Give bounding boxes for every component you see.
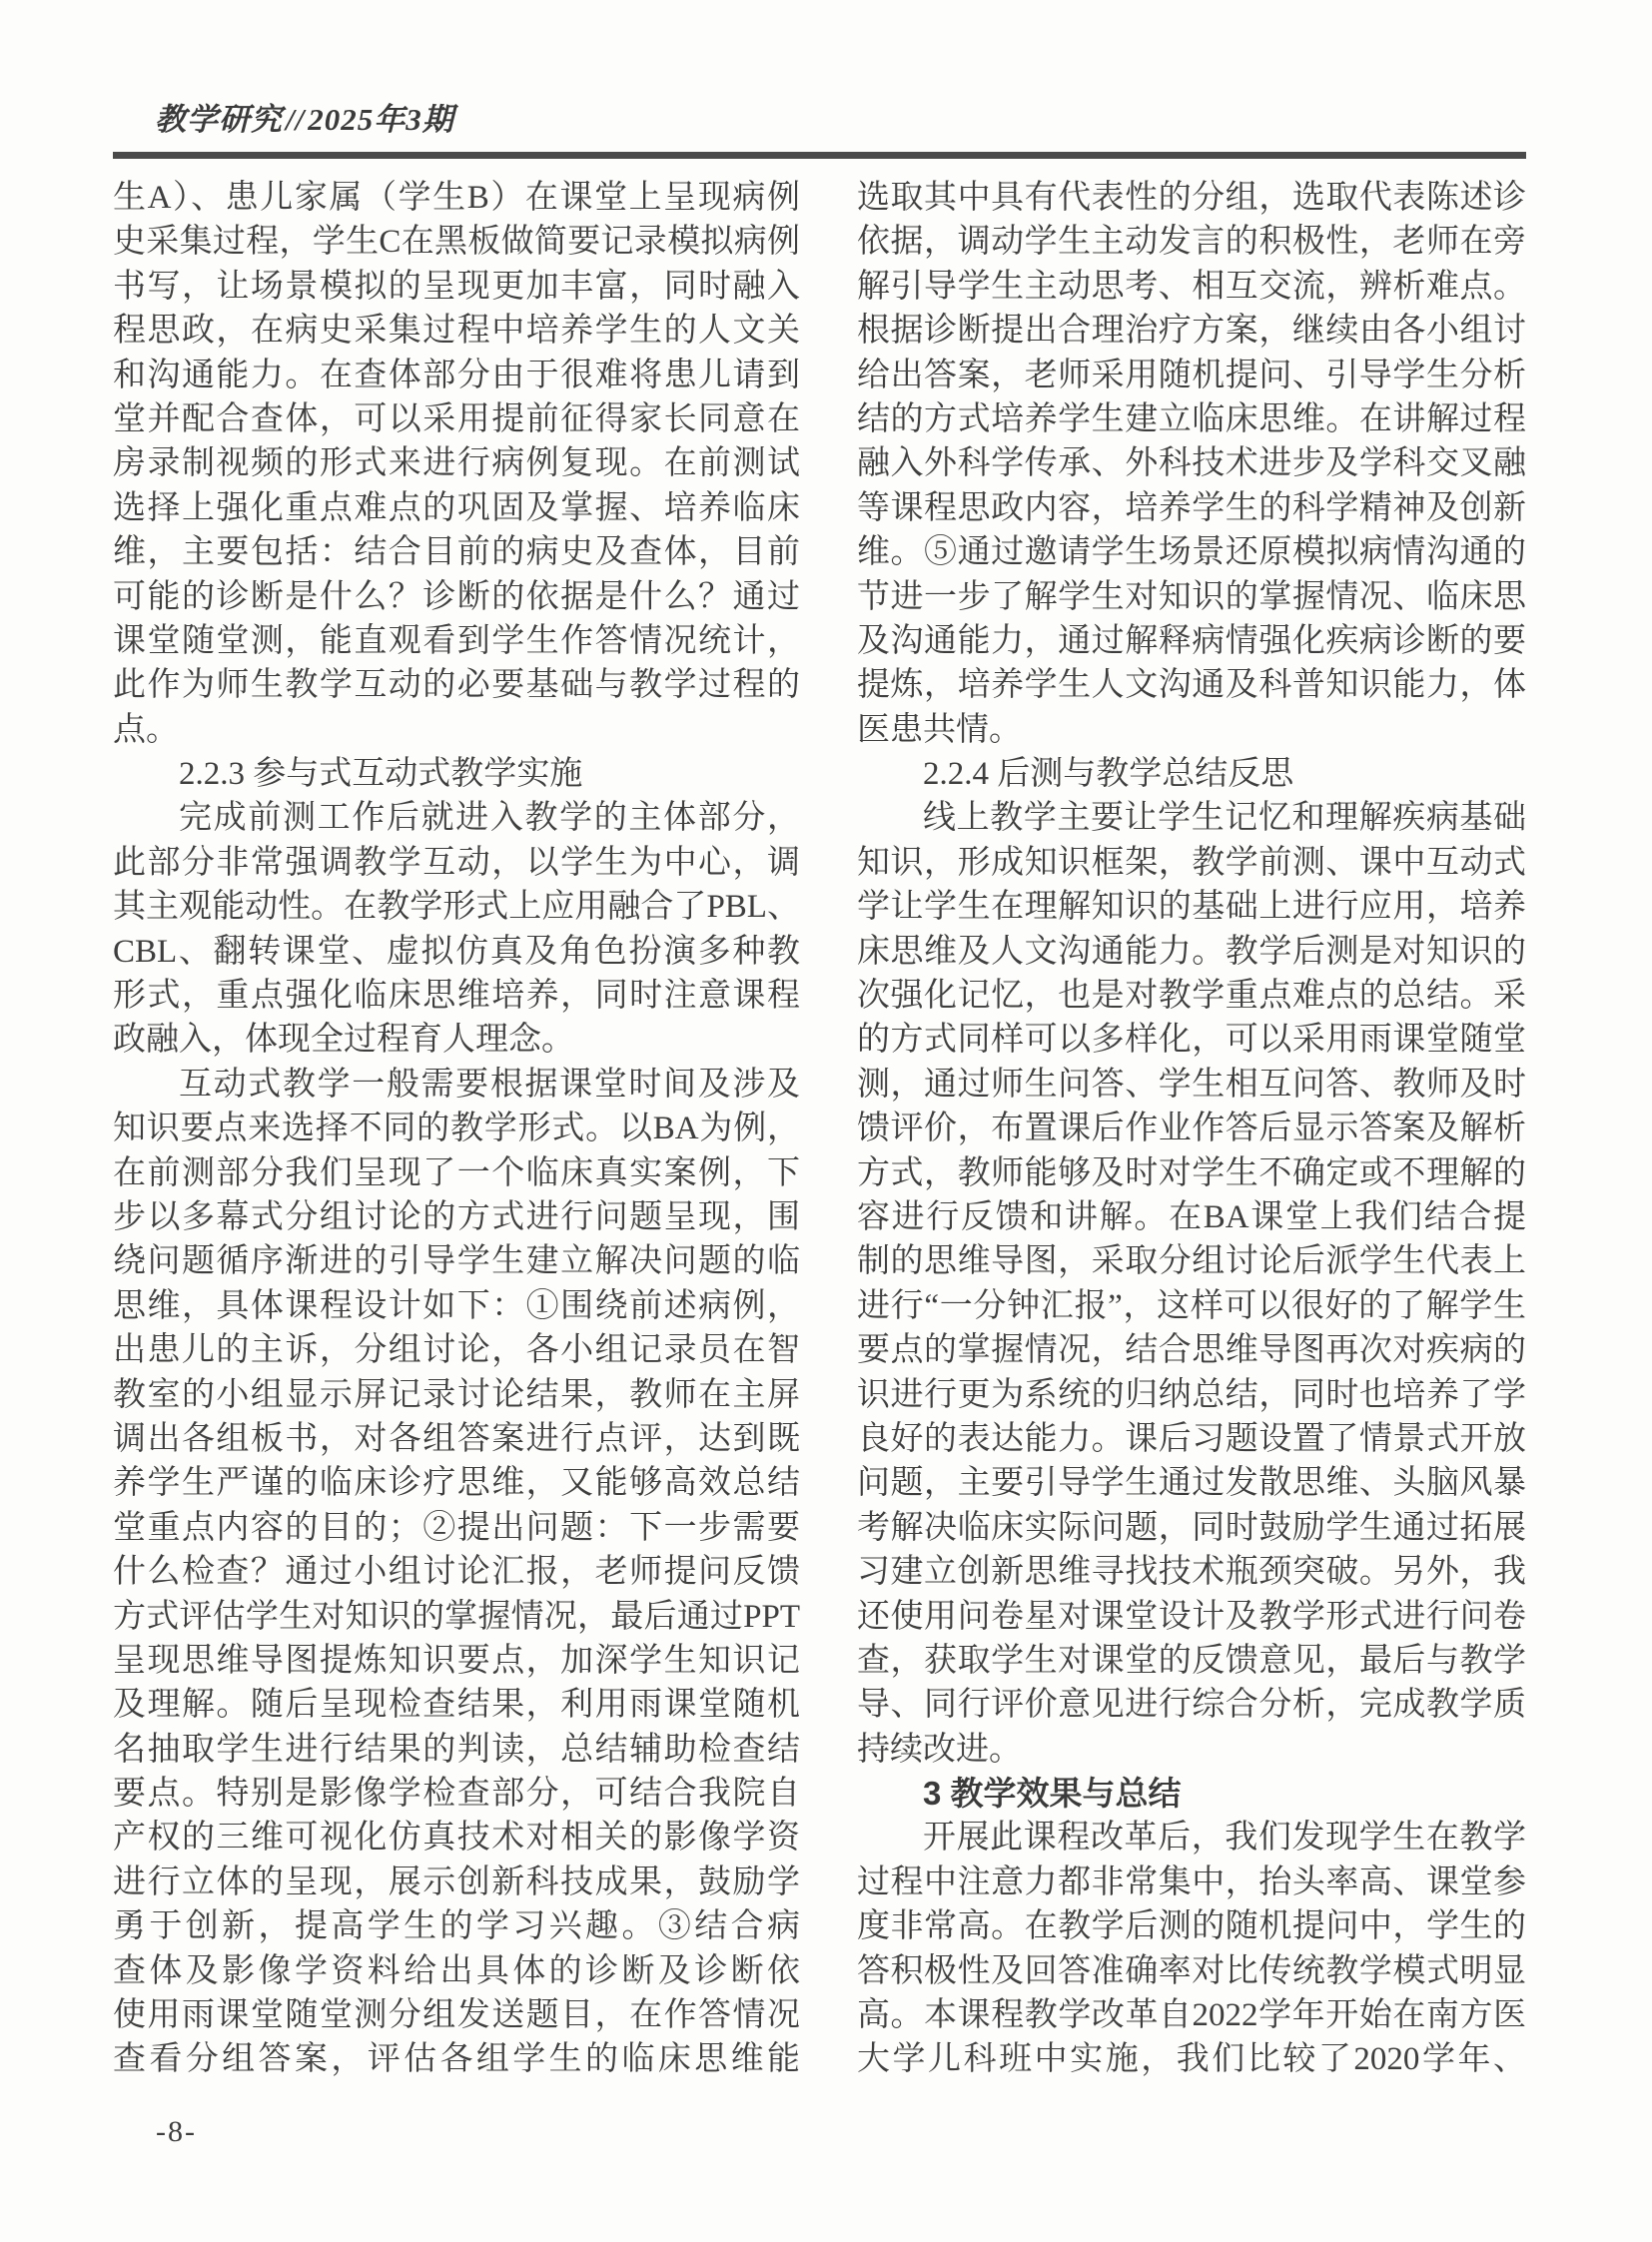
text-line: 馈评价，布置课后作业作答后显示答案及解析等: [857, 1107, 1526, 1150]
text-line: 教室的小组显示屏记录讨论结果，教师在主屏幕: [113, 1373, 800, 1417]
text-line: 提炼，培养学生人文沟通及科普知识能力，体会: [857, 663, 1526, 707]
text-line: 选择上强化重点难点的巩固及掌握、培养临床思: [113, 486, 800, 530]
paragraph: 选取其中具有代表性的分组，选取代表陈述诊断依据，调动学生主动发言的积极性，老师在…: [857, 176, 1526, 752]
text-line: 良好的表达能力。课后习题设置了情景式开放性: [857, 1417, 1526, 1461]
text-line: 大学儿科班中实施，我们比较了2020学年、2021: [857, 2037, 1526, 2081]
header-rule: [113, 152, 1526, 159]
heading-line: 3 教学效果与总结: [857, 1772, 1526, 1816]
text-line: 史采集过程，学生C在黑板做简要记录模拟病例: [113, 220, 800, 264]
text-line: 问题，主要引导学生通过发散思维、头脑风暴思: [857, 1461, 1526, 1505]
text-line: 医患共情。: [857, 708, 1526, 752]
text-line: 养学生严谨的临床诊疗思维，又能够高效总结课: [113, 1461, 800, 1505]
text-line: 程思政，在病史采集过程中培养学生的人文关怀: [113, 309, 800, 353]
page-number: -8-: [156, 2115, 197, 2148]
text-line: 完成前测工作后就进入教学的主体部分，: [113, 796, 800, 840]
text-line: 结的方式培养学生建立临床思维。在讲解过程中: [857, 397, 1526, 441]
text-line: 生A）、患儿家属（学生B）在课堂上呈现病例病: [113, 176, 800, 220]
text-line: 绕问题循序渐进的引导学生建立解决问题的临床: [113, 1239, 800, 1283]
text-line: 使用雨课堂随堂测分组发送题目，在作答情况中: [113, 1993, 800, 2037]
text-line: 及理解。随后呈现检查结果，利用雨课堂随机点: [113, 1683, 800, 1727]
paragraph: 完成前测工作后就进入教学的主体部分，此部分非常强调教学互动，以学生为中心，调动其…: [113, 796, 800, 1062]
text-line: 堂并配合查体，可以采用提前征得家长同意在病: [113, 397, 800, 441]
text-line: 房录制视频的形式来进行病例复现。在前测试题: [113, 441, 800, 485]
paragraph: 开展此课程改革后，我们发现学生在教学过程中注意力都非常集中，抬头率高、课堂参与度…: [857, 1816, 1526, 2081]
paragraph: 互动式教学一般需要根据课堂时间及涉及知识要点来选择不同的教学形式。以BA为例，在…: [113, 1063, 800, 2082]
text-line: 过程中注意力都非常集中，抬头率高、课堂参与: [857, 1861, 1526, 1904]
text-column-left: 生A）、患儿家属（学生B）在课堂上呈现病例病史采集过程，学生C在黑板做简要记录模…: [113, 176, 800, 2082]
text-line: 习建立创新思维寻找技术瓶颈突破。另外，我们: [857, 1550, 1526, 1594]
text-line: 维。⑤通过邀请学生场景还原模拟病情沟通的环: [857, 530, 1526, 574]
text-line: 知识要点来选择不同的教学形式。以BA为例，: [113, 1107, 800, 1150]
text-line: 持续改进。: [857, 1728, 1526, 1772]
text-line: 方式评估学生对知识的掌握情况，最后通过PPT: [113, 1595, 800, 1639]
heading-line: 2.2.3 参与式互动式教学实施: [113, 752, 800, 796]
header-separator: //: [283, 102, 308, 137]
text-line: 度非常高。在教学后测的随机提问中，学生的回: [857, 1904, 1526, 1948]
text-line: 进行“一分钟汇报”，这样可以很好的了解学生: [857, 1284, 1526, 1328]
text-line: 方式，教师能够及时对学生不确定或不理解的内: [857, 1151, 1526, 1195]
section-heading: 2.2.4 后测与教学总结反思: [857, 752, 1526, 796]
text-line: 可能的诊断是什么？诊断的依据是什么？通过雨: [113, 575, 800, 619]
text-line: 和沟通能力。在查体部分由于很难将患儿请到课: [113, 354, 800, 397]
text-line: 床思维及人文沟通能力。教学后测是对知识的再: [857, 930, 1526, 974]
text-line: CBL、翻转课堂、虚拟仿真及角色扮演多种教学: [113, 930, 800, 974]
text-line: 根据诊断提出合理治疗方案，继续由各小组讨论: [857, 309, 1526, 353]
text-line: 书写，让场景模拟的呈现更加丰富，同时融入课: [113, 265, 800, 309]
text-line: 形式，重点强化临床思维培养，同时注意课程思: [113, 974, 800, 1018]
text-line: 政融入，体现全过程育人理念。: [113, 1018, 800, 1062]
page-footer: -8-: [156, 2115, 197, 2149]
text-line: 节进一步了解学生对知识的掌握情况、临床思维: [857, 575, 1526, 619]
text-line: 其主观能动性。在教学形式上应用融合了PBL、: [113, 885, 800, 929]
text-line: 调出各组板书，对各组答案进行点评，达到既培: [113, 1417, 800, 1461]
text-line: 的方式同样可以多样化，可以采用雨课堂随堂: [857, 1018, 1526, 1062]
text-line: 进行立体的呈现，展示创新科技成果，鼓励学生: [113, 1861, 800, 1904]
text-line: 识进行更为系统的归纳总结，同时也培养了学生: [857, 1373, 1526, 1417]
text-line: 名抽取学生进行结果的判读，总结辅助检查结果: [113, 1728, 800, 1772]
text-line: 互动式教学一般需要根据课堂时间及涉及: [113, 1063, 800, 1107]
text-line: 给出答案，老师采用随机提问、引导学生分析总: [857, 354, 1526, 397]
heading-line: 2.2.4 后测与教学总结反思: [857, 752, 1526, 796]
text-line: 开展此课程改革后，我们发现学生在教学: [857, 1816, 1526, 1860]
text-line: 查看分组答案，评估各组学生的临床思维能力。: [113, 2037, 800, 2081]
text-line: 勇于创新，提高学生的学习兴趣。③结合病史、: [113, 1904, 800, 1948]
text-line: 思维，具体课程设计如下：①围绕前述病例，写: [113, 1284, 800, 1328]
text-line: 堂重点内容的目的；②提出问题：下一步需要做: [113, 1506, 800, 1550]
text-line: 什么检查？通过小组讨论汇报，老师提问反馈的: [113, 1550, 800, 1594]
text-line: 还使用问卷星对课堂设计及教学形式进行问卷调: [857, 1595, 1526, 1639]
text-line: 线上教学主要让学生记忆和理解疾病基础: [857, 796, 1526, 840]
text-line: 依据，调动学生主动发言的积极性，老师在旁讲: [857, 220, 1526, 264]
text-line: 出患儿的主诉，分组讨论，各小组记录员在智慧: [113, 1328, 800, 1372]
section-heading: 3 教学效果与总结: [857, 1772, 1526, 1816]
text-line: 课堂随堂测，能直观看到学生作答情况统计，以: [113, 619, 800, 663]
text-column-right: 选取其中具有代表性的分组，选取代表陈述诊断依据，调动学生主动发言的积极性，老师在…: [857, 176, 1526, 2082]
header-issue: 2025年3期: [308, 102, 454, 137]
text-line: 制的思维导图，采取分组讨论后派学生代表上台: [857, 1239, 1526, 1283]
text-line: 及沟通能力，通过解释病情强化疾病诊断的要点: [857, 619, 1526, 663]
text-line: 高。本课程教学改革自2022学年开始在南方医科: [857, 1993, 1526, 2037]
paragraph: 生A）、患儿家属（学生B）在课堂上呈现病例病史采集过程，学生C在黑板做简要记录模…: [113, 176, 800, 752]
text-line: 步以多幕式分组讨论的方式进行问题呈现，围: [113, 1195, 800, 1239]
text-line: 选取其中具有代表性的分组，选取代表陈述诊断: [857, 176, 1526, 220]
text-line: 此部分非常强调教学互动，以学生为中心，调动: [113, 841, 800, 885]
text-line: 次强化记忆，也是对教学重点难点的总结。采取: [857, 974, 1526, 1018]
journal-title: 教学研究: [155, 102, 283, 137]
text-line: 融入外科学传承、外科技术进步及学科交叉融合: [857, 441, 1526, 485]
text-line: 答积极性及回答准确率对比传统教学模式明显提: [857, 1949, 1526, 1993]
text-line: 在前测部分我们呈现了一个临床真实案例，下一: [113, 1151, 800, 1195]
text-line: 此作为师生教学互动的必要基础与教学过程的起: [113, 663, 800, 707]
text-line: 呈现思维导图提炼知识要点，加深学生知识记忆: [113, 1639, 800, 1683]
text-line: 产权的三维可视化仿真技术对相关的影像学资料: [113, 1816, 800, 1860]
text-line: 导、同行评价意见进行综合分析，完成教学质量: [857, 1683, 1526, 1727]
text-line: 点。: [113, 708, 800, 752]
text-line: 查体及影像学资料给出具体的诊断及诊断依据。: [113, 1949, 800, 1993]
text-line: 考解决临床实际问题，同时鼓励学生通过拓展学: [857, 1506, 1526, 1550]
page: 教学研究//2025年3期 生A）、患儿家属（学生B）在课堂上呈现病例病史采集过…: [0, 0, 1652, 2242]
paragraph: 线上教学主要让学生记忆和理解疾病基础知识，形成知识框架，教学前测、课中互动式教学…: [857, 796, 1526, 1772]
text-line: 等课程思政内容，培养学生的科学精神及创新思: [857, 486, 1526, 530]
text-line: 要点的掌握情况，结合思维导图再次对疾病的认: [857, 1328, 1526, 1372]
section-heading: 2.2.3 参与式互动式教学实施: [113, 752, 800, 796]
text-line: 学让学生在理解知识的基础上进行应用，培养临: [857, 885, 1526, 929]
text-line: 查，获取学生对课堂的反馈意见，最后与教学督: [857, 1639, 1526, 1683]
text-line: 测，通过师生问答、学生相互问答、教师及时反: [857, 1063, 1526, 1107]
page-header: 教学研究//2025年3期: [155, 94, 454, 139]
text-line: 维，主要包括：结合目前的病史及查体，目前最: [113, 530, 800, 574]
text-line: 知识，形成知识框架，教学前测、课中互动式教: [857, 841, 1526, 885]
text-line: 容进行反馈和讲解。在BA课堂上我们结合提前绘: [857, 1195, 1526, 1239]
text-line: 解引导学生主动思考、相互交流，辨析难点。④: [857, 265, 1526, 309]
text-line: 要点。特别是影像学检查部分，可结合我院自主: [113, 1772, 800, 1816]
